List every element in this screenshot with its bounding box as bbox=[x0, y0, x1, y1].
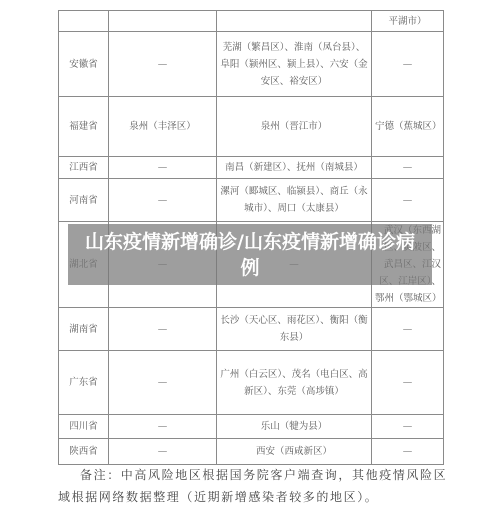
mid-risk-cell: 西安（西咸新区） bbox=[217, 439, 372, 465]
other-risk-cell: 宁德（蕉城区） bbox=[372, 97, 444, 157]
province-cell: 陕西省 bbox=[59, 439, 109, 465]
province-cell: 湖南省 bbox=[59, 308, 109, 351]
mid-risk-cell: 芜湖（繁昌区）、淮南（凤台县）、阜阳（颍州区、颍上县）、六安（金安区、裕安区） bbox=[217, 32, 372, 97]
other-risk-cell: — bbox=[372, 32, 444, 97]
mid-risk-cell bbox=[217, 11, 372, 32]
mid-risk-cell: 乐山（犍为县） bbox=[217, 415, 372, 439]
other-risk-cell: 平湖市） bbox=[372, 11, 444, 32]
high-risk-cell: — bbox=[109, 157, 217, 179]
table-row: 陕西省 — 西安（西咸新区） — bbox=[59, 439, 444, 465]
other-risk-cell: — bbox=[372, 308, 444, 351]
other-risk-cell: — bbox=[372, 415, 444, 439]
high-risk-cell: — bbox=[109, 351, 217, 415]
province-cell: 江西省 bbox=[59, 157, 109, 179]
other-risk-cell: — bbox=[372, 179, 444, 222]
table-row: 湖南省 — 长沙（天心区、雨花区）、衡阳（衡东县） — bbox=[59, 308, 444, 351]
other-risk-cell: — bbox=[372, 351, 444, 415]
high-risk-cell: — bbox=[109, 179, 217, 222]
table-row: 福建省 泉州（丰泽区） 泉州（晋江市） 宁德（蕉城区） bbox=[59, 97, 444, 157]
province-cell: 安徽省 bbox=[59, 32, 109, 97]
mid-risk-cell: 广州（白云区）、茂名（电白区、高新区）、东莞（高埗镇） bbox=[217, 351, 372, 415]
other-risk-cell: — bbox=[372, 157, 444, 179]
high-risk-cell bbox=[109, 11, 217, 32]
high-risk-cell: — bbox=[109, 32, 217, 97]
province-cell: 福建省 bbox=[59, 97, 109, 157]
mid-risk-cell: 南昌（新建区）、抚州（南城县） bbox=[217, 157, 372, 179]
high-risk-cell: 泉州（丰泽区） bbox=[109, 97, 217, 157]
province-cell: 四川省 bbox=[59, 415, 109, 439]
high-risk-cell: — bbox=[109, 439, 217, 465]
document-page: 平湖市） 安徽省 — 芜湖（繁昌区）、淮南（凤台县）、阜阳（颍州区、颍上县）、六… bbox=[0, 0, 500, 511]
table-row: 安徽省 — 芜湖（繁昌区）、淮南（凤台县）、阜阳（颍州区、颍上县）、六安（金安区… bbox=[59, 32, 444, 97]
footnote-text: 备注：中高风险地区根据国务院客户端查询，其他疫情风险区域根据网络数据整理（近期新… bbox=[58, 468, 447, 504]
other-risk-cell: — bbox=[372, 439, 444, 465]
province-cell bbox=[59, 11, 109, 32]
footnote: 备注：中高风险地区根据国务院客户端查询，其他疫情风险区域根据网络数据整理（近期新… bbox=[58, 464, 448, 508]
overlay-title: 山东疫情新增确诊/山东疫情新增确诊病例 bbox=[68, 229, 432, 281]
high-risk-cell: — bbox=[109, 308, 217, 351]
table-row: 河南省 — 漯河（郾城区、临颍县）、商丘（永城市）、周口（太康县） — bbox=[59, 179, 444, 222]
mid-risk-cell: 泉州（晋江市） bbox=[217, 97, 372, 157]
table-row: 广东省 — 广州（白云区）、茂名（电白区、高新区）、东莞（高埗镇） — bbox=[59, 351, 444, 415]
title-overlay-banner: 山东疫情新增确诊/山东疫情新增确诊病例 bbox=[68, 224, 432, 285]
table-row: 平湖市） bbox=[59, 11, 444, 32]
province-cell: 广东省 bbox=[59, 351, 109, 415]
table-row: 江西省 — 南昌（新建区）、抚州（南城县） — bbox=[59, 157, 444, 179]
high-risk-cell: — bbox=[109, 415, 217, 439]
mid-risk-cell: 长沙（天心区、雨花区）、衡阳（衡东县） bbox=[217, 308, 372, 351]
mid-risk-cell: 漯河（郾城区、临颍县）、商丘（永城市）、周口（太康县） bbox=[217, 179, 372, 222]
province-cell: 河南省 bbox=[59, 179, 109, 222]
table-row: 四川省 — 乐山（犍为县） — bbox=[59, 415, 444, 439]
